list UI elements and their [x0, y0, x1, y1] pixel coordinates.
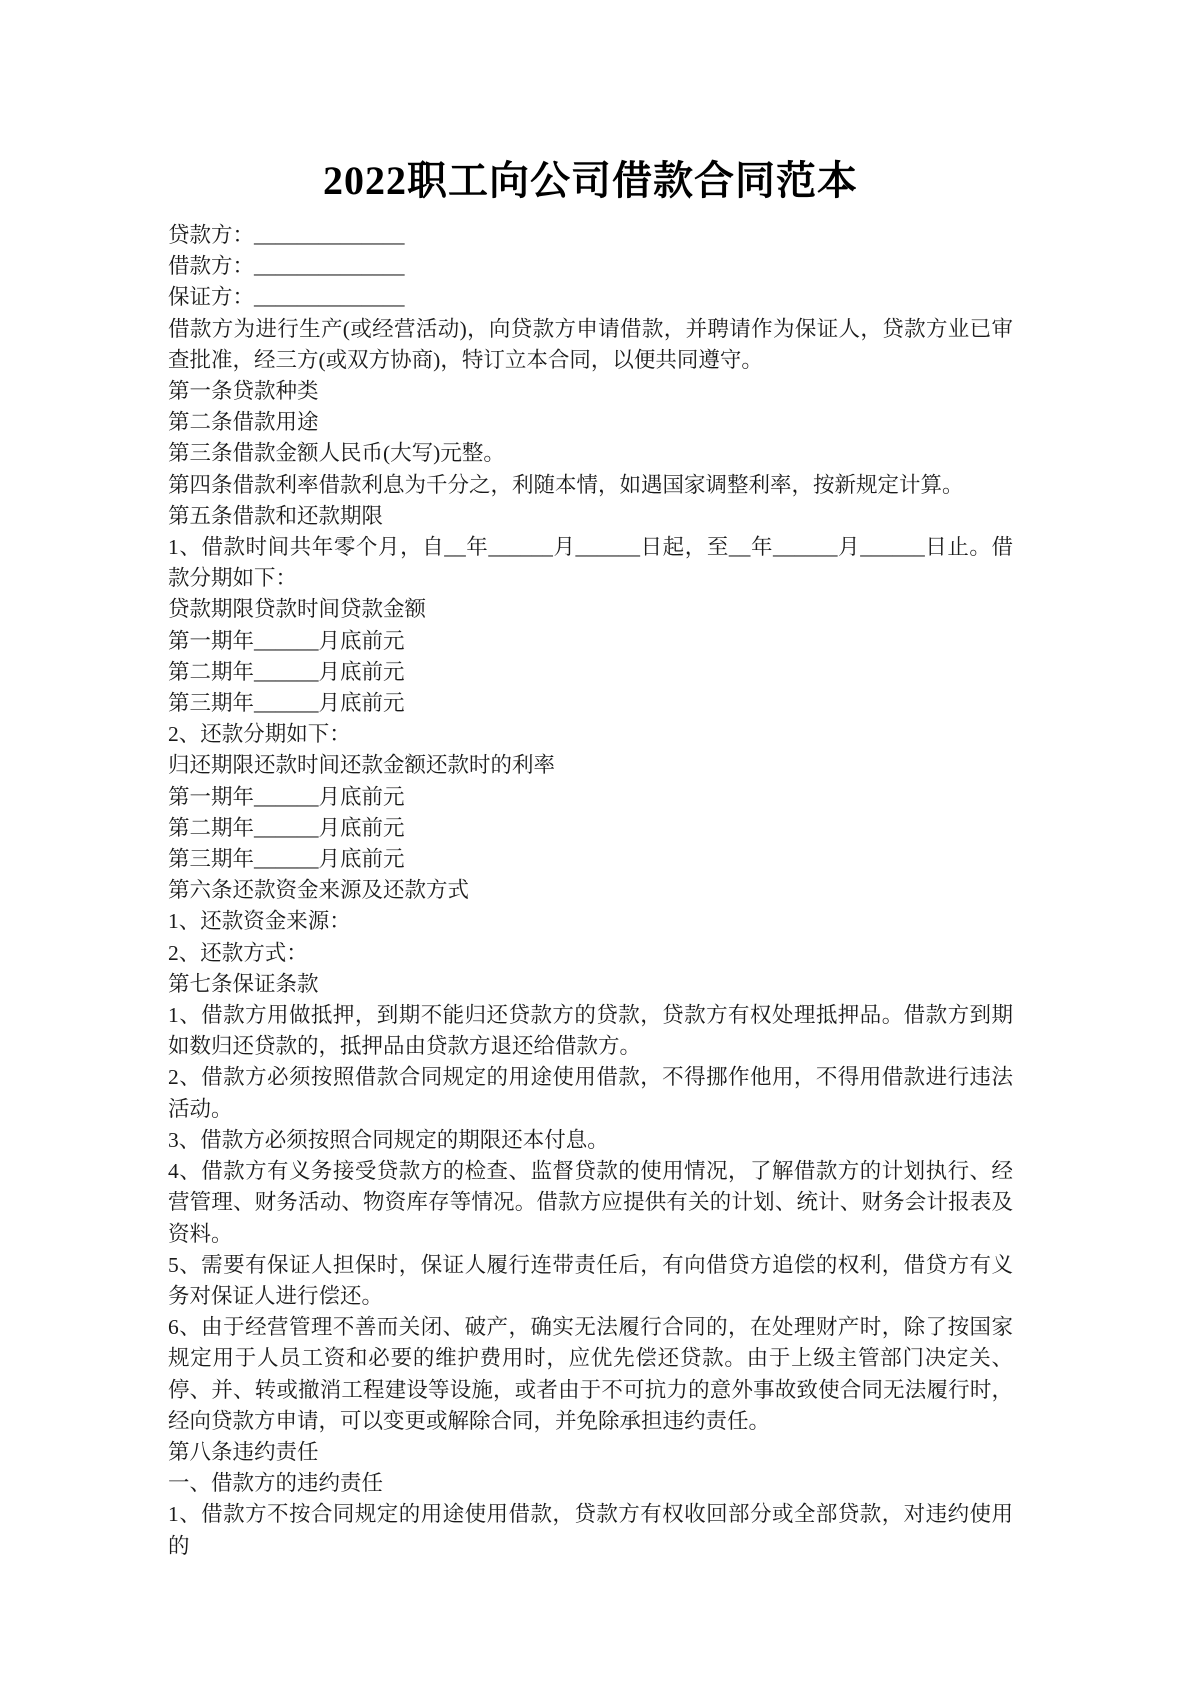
clause-8-1-misuse: 1、借款方不按合同规定的用途使用借款，贷款方有权收回部分或全部贷款，对违约使用的: [168, 1499, 1013, 1561]
document-body: 贷款方：______________ 借款方：______________ 保证…: [168, 220, 1013, 1562]
loan-installment-3: 第三期年______月底前元: [168, 688, 1013, 719]
loan-installment-2: 第二期年______月底前元: [168, 657, 1013, 688]
article-1-loan-type: 第一条贷款种类: [168, 376, 1013, 407]
clause-7-2-usage: 2、借款方必须按照借款合同规定的用途使用借款，不得挪作他用，不得用借款进行违法活…: [168, 1062, 1013, 1124]
clause-7-3-repay-on-time: 3、借款方必须按照合同规定的期限还本付息。: [168, 1125, 1013, 1156]
clause-6-1-fund-source: 1、还款资金来源：: [168, 906, 1013, 937]
article-4-interest-rate: 第四条借款利率借款利息为千分之，利随本情，如遇国家调整利率，按新规定计算。: [168, 470, 1013, 501]
clause-5-1-loan-period: 1、借款时间共年零个月，自__年______月______日起，至__年____…: [168, 532, 1013, 594]
contract-document-page: 2022职工向公司借款合同范本 贷款方：______________ 借款方：_…: [0, 0, 1190, 1683]
repayment-installment-3: 第三期年______月底前元: [168, 844, 1013, 875]
party-guarantor-line: 保证方：______________: [168, 282, 1013, 313]
repayment-installment-2: 第二期年______月底前元: [168, 813, 1013, 844]
clause-7-6-bankruptcy: 6、由于经营管理不善而关闭、破产，确实无法履行合同的，在处理财产时，除了按国家规…: [168, 1312, 1013, 1437]
party-lender-line: 贷款方：______________: [168, 220, 1013, 251]
document-content: 2022职工向公司借款合同范本 贷款方：______________ 借款方：_…: [168, 156, 1013, 1562]
clause-7-4-inspection: 4、借款方有义务接受贷款方的检查、监督贷款的使用情况，了解借款方的计划执行、经营…: [168, 1156, 1013, 1250]
borrower-breach-heading: 一、借款方的违约责任: [168, 1468, 1013, 1499]
party-borrower-line: 借款方：______________: [168, 251, 1013, 282]
article-5-loan-term: 第五条借款和还款期限: [168, 501, 1013, 532]
repayment-schedule-header: 归还期限还款时间还款金额还款时的利率: [168, 750, 1013, 781]
article-7-guarantee: 第七条保证条款: [168, 969, 1013, 1000]
article-2-loan-purpose: 第二条借款用途: [168, 407, 1013, 438]
clause-7-1-collateral: 1、借款方用做抵押，到期不能归还贷款方的贷款，贷款方有权处理抵押品。借款方到期如…: [168, 1000, 1013, 1062]
article-8-breach-liability: 第八条违约责任: [168, 1437, 1013, 1468]
loan-schedule-header: 贷款期限贷款时间贷款金额: [168, 594, 1013, 625]
repayment-installment-1: 第一期年______月底前元: [168, 782, 1013, 813]
clause-5-2-repayment-plan: 2、还款分期如下：: [168, 719, 1013, 750]
document-title: 2022职工向公司借款合同范本: [168, 156, 1013, 205]
clause-6-2-repay-method: 2、还款方式：: [168, 938, 1013, 969]
article-3-loan-amount: 第三条借款金额人民币(大写)元整。: [168, 438, 1013, 469]
loan-installment-1: 第一期年______月底前元: [168, 626, 1013, 657]
clause-7-5-guarantor: 5、需要有保证人担保时，保证人履行连带责任后，有向借贷方追偿的权利，借贷方有义务…: [168, 1250, 1013, 1312]
article-6-repayment-source: 第六条还款资金来源及还款方式: [168, 875, 1013, 906]
preamble-paragraph: 借款方为进行生产(或经营活动)，向贷款方申请借款，并聘请作为保证人，贷款方业已审…: [168, 314, 1013, 376]
